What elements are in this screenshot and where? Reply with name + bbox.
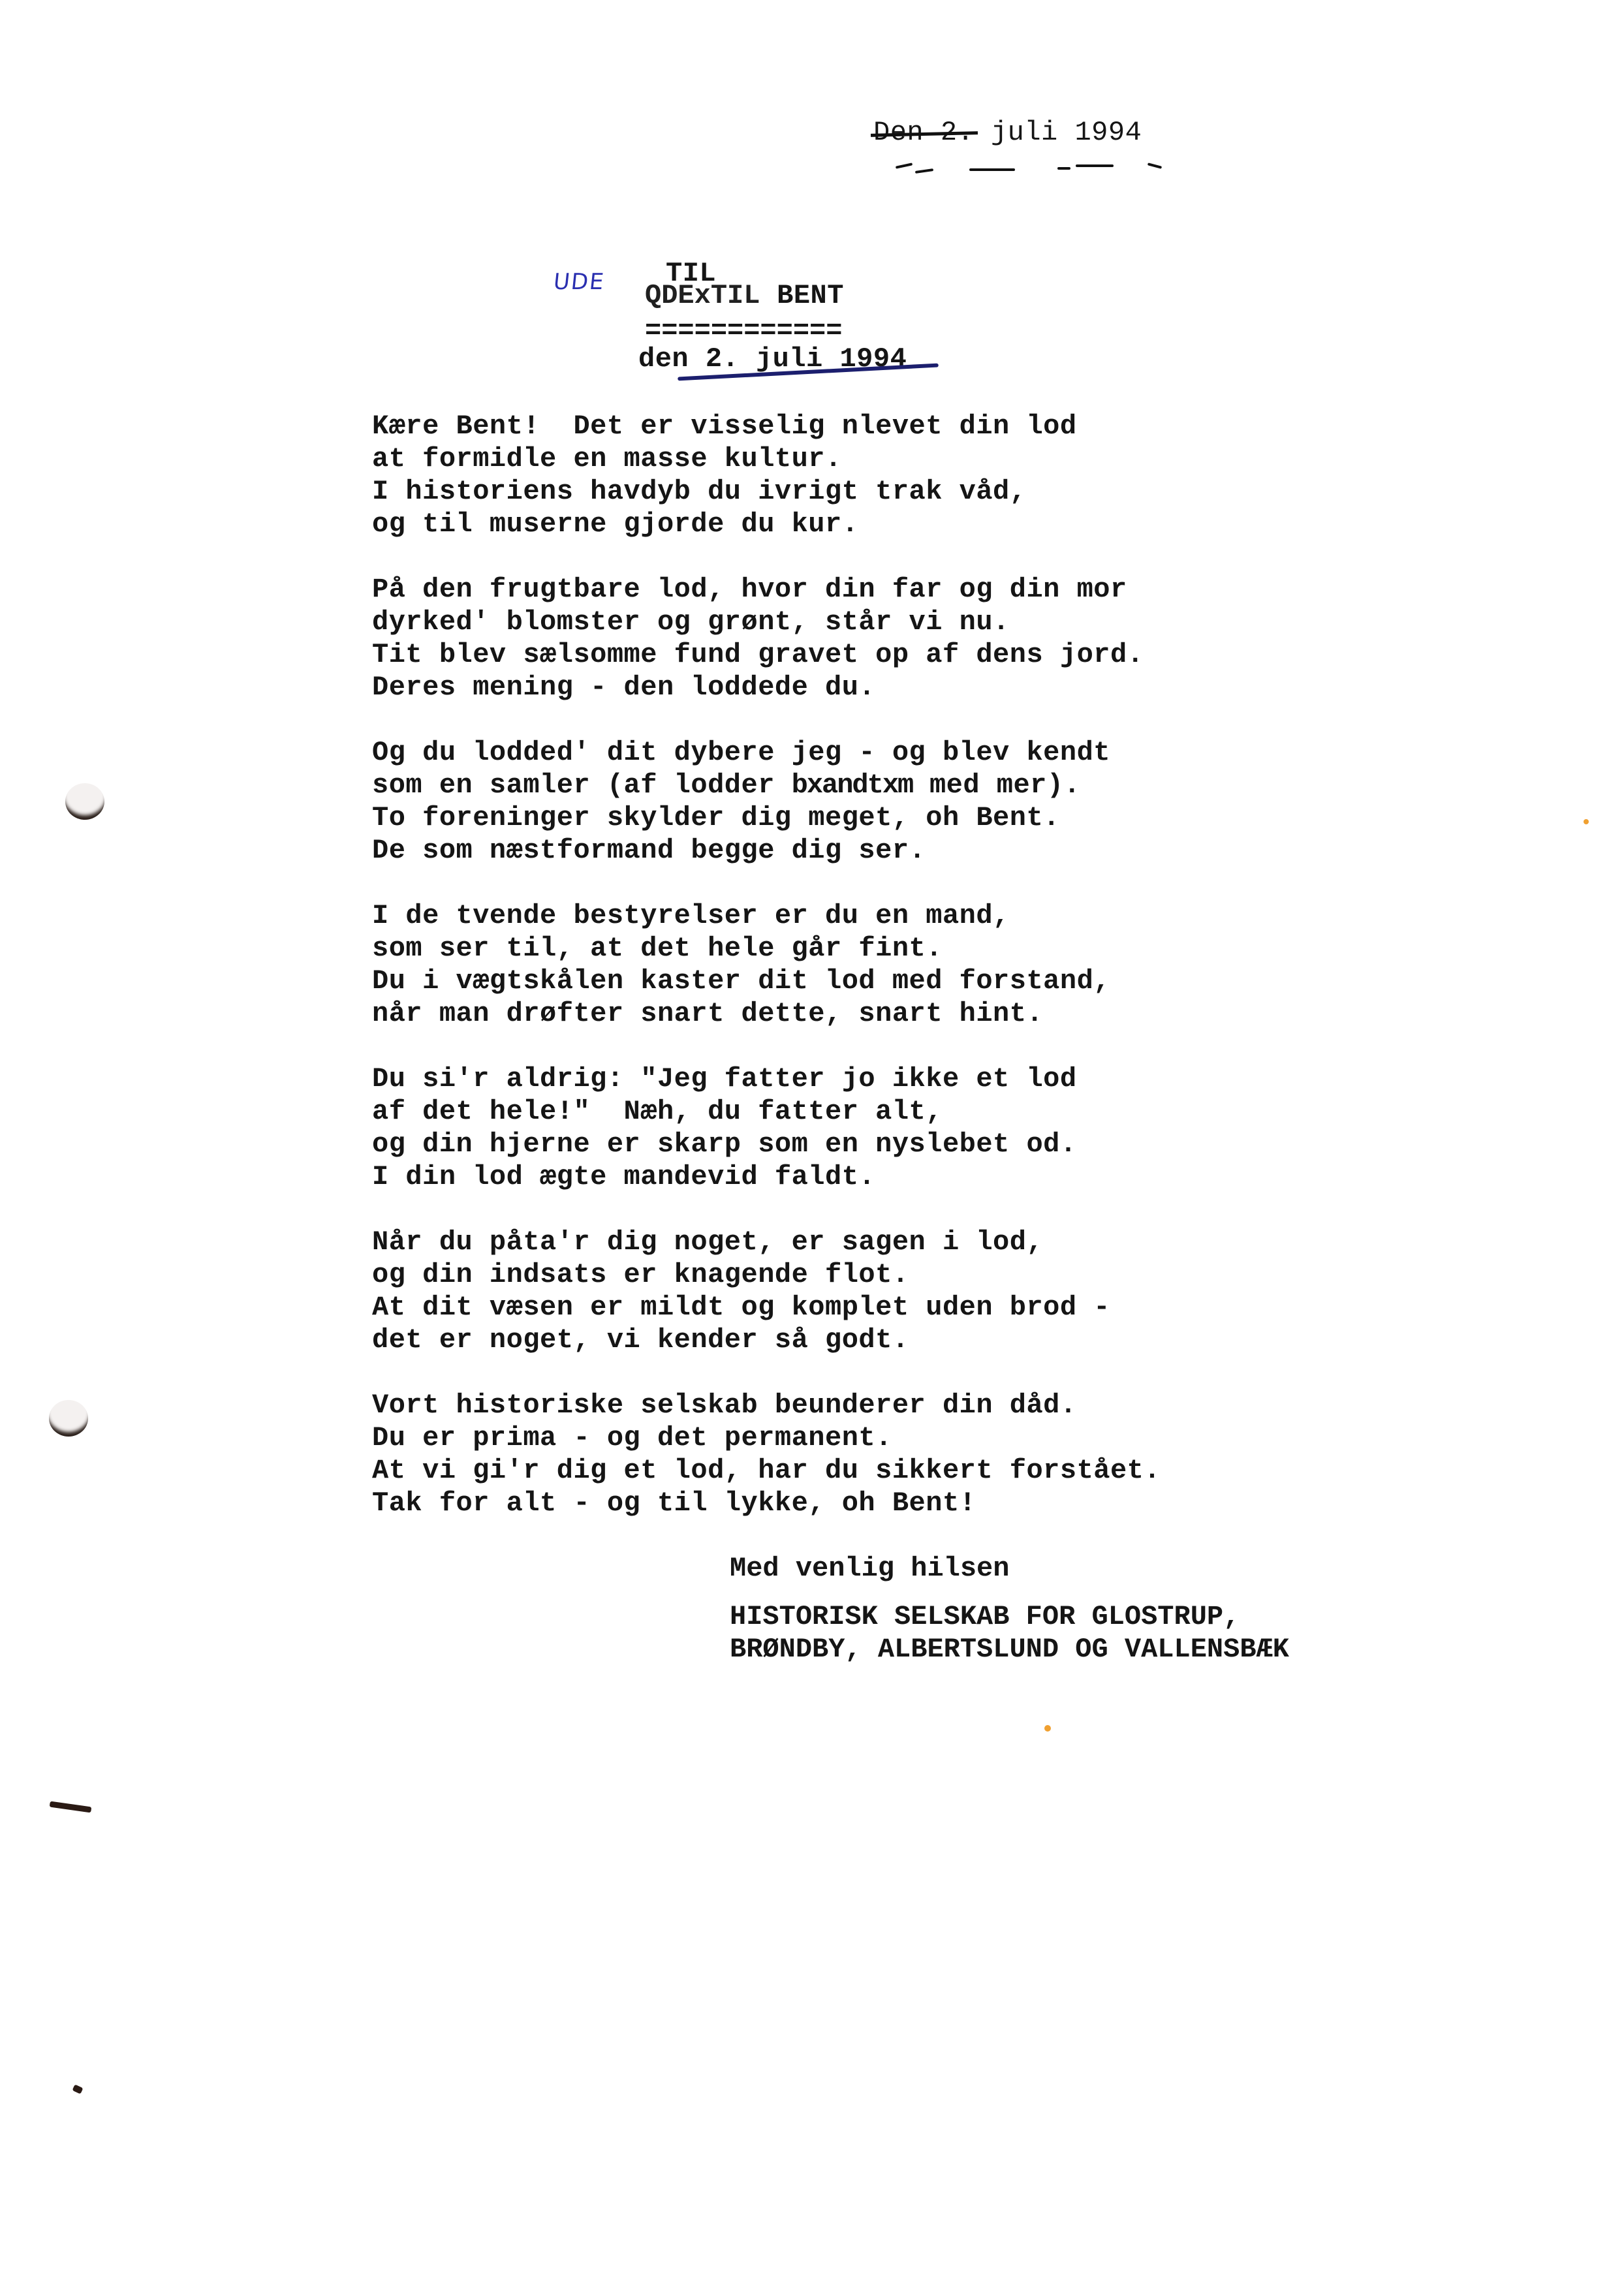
stanza-6: Når du påta'r dig noget, er sagen i lod,… xyxy=(372,1226,1110,1356)
stanza-7: Vort historiske selskab beunderer din då… xyxy=(372,1389,1161,1519)
stanza-4: I de tvende bestyrelser er du en mand, s… xyxy=(372,899,1110,1030)
poem-line: dyrked' blomster og grønt, står vi nu. xyxy=(372,606,1144,638)
poem-line: To foreninger skylder dig meget, oh Bent… xyxy=(372,801,1110,834)
stanza-1: Kære Bent! Det er visselig nlevet din lo… xyxy=(372,410,1077,540)
scan-mark xyxy=(50,1801,92,1813)
poem-line: På den frugtbare lod, hvor din far og di… xyxy=(372,573,1144,606)
poem-line: At dit væsen er mildt og komplet uden br… xyxy=(372,1291,1110,1324)
poem-line: og din indsats er knagende flot. xyxy=(372,1258,1110,1291)
poem-line: af det hele!" Næh, du fatter alt, xyxy=(372,1095,1077,1128)
top-date-rest: juli 1994 xyxy=(974,117,1142,148)
org-line-2: BRØNDBY, ALBERTSLUND OG VALLENSBÆK xyxy=(730,1633,1289,1666)
poem-line: At vi gi'r dig et lod, har du sikkert fo… xyxy=(372,1454,1161,1487)
poem-line-start: som en samler (af lodder xyxy=(372,770,792,801)
scan-mark xyxy=(72,2085,84,2094)
scan-speck xyxy=(1584,819,1589,824)
poem-line: når man drøfter snart dette, snart hint. xyxy=(372,997,1110,1030)
date-line-suffix: 4 xyxy=(890,343,907,375)
poem-line: I de tvende bestyrelser er du en mand, xyxy=(372,899,1110,932)
punch-hole-mark xyxy=(65,783,104,820)
poem-line: Kære Bent! Det er visselig nlevet din lo… xyxy=(372,410,1077,443)
letter-title: QDExTIL BENT xyxy=(645,279,844,312)
poem-line-end: med mer). xyxy=(913,770,1080,801)
xed-out-word: bxandtxm xyxy=(792,769,913,801)
poem-line: Tak for alt - og til lykke, oh Bent! xyxy=(372,1487,1161,1519)
stanza-2: På den frugtbare lod, hvor din far og di… xyxy=(372,573,1144,704)
typewritten-letter-page: Den 2. juli 1994 UDE TIL QDExTIL BENT ==… xyxy=(0,0,1624,2287)
org-line-1: HISTORISK SELSKAB FOR GLOSTRUP, xyxy=(730,1600,1289,1633)
top-date: Den 2. juli 1994 xyxy=(873,116,1142,149)
poem-line: I historiens havdyb du ivrigt trak våd, xyxy=(372,475,1077,508)
organization-signature: HISTORISK SELSKAB FOR GLOSTRUP, BRØNDBY,… xyxy=(730,1600,1289,1666)
poem-line: Du i vægtskålen kaster dit lod med forst… xyxy=(372,965,1110,997)
poem-line: at formidle en masse kultur. xyxy=(372,443,1077,475)
poem-line: De som næstformand begge dig ser. xyxy=(372,834,1110,867)
punch-hole-mark xyxy=(49,1400,88,1437)
title-name: BENT xyxy=(760,280,844,311)
poem-line: I din lod ægte mandevid faldt. xyxy=(372,1160,1077,1193)
poem-line: Tit blev sælsomme fund gravet op af dens… xyxy=(372,638,1144,671)
handwritten-note: UDE xyxy=(552,269,606,295)
stanza-3: Og du lodded' dit dybere jeg - og blev k… xyxy=(372,736,1110,867)
closing-salutation: Med venlig hilsen xyxy=(730,1552,1009,1585)
stanza-5: Du si'r aldrig: "Jeg fatter jo ikke et l… xyxy=(372,1063,1077,1193)
poem-line: Og du lodded' dit dybere jeg - og blev k… xyxy=(372,736,1110,769)
poem-line: Du si'r aldrig: "Jeg fatter jo ikke et l… xyxy=(372,1063,1077,1095)
poem-line: som en samler (af lodder bxandtxm med me… xyxy=(372,769,1110,801)
poem-line: Du er prima - og det permanent. xyxy=(372,1422,1161,1454)
closing-text: Med venlig hilsen xyxy=(730,1552,1009,1585)
title-struck-word: QDExTIL xyxy=(645,279,760,312)
poem-line: og din hjerne er skarp som en nyslebet o… xyxy=(372,1128,1077,1160)
poem-line: Vort historiske selskab beunderer din då… xyxy=(372,1389,1161,1422)
poem-line: og til muserne gjorde du kur. xyxy=(372,508,1077,540)
top-date-struck: Den 2. xyxy=(873,116,974,149)
poem-line: Når du påta'r dig noget, er sagen i lod, xyxy=(372,1226,1110,1258)
poem-line: Deres mening - den loddede du. xyxy=(372,671,1144,704)
poem-line: det er noget, vi kender så godt. xyxy=(372,1324,1110,1356)
date-line-prefix: de xyxy=(638,343,672,375)
poem-line: som ser til, at det hele går fint. xyxy=(372,932,1110,965)
scan-speck xyxy=(1044,1725,1051,1732)
